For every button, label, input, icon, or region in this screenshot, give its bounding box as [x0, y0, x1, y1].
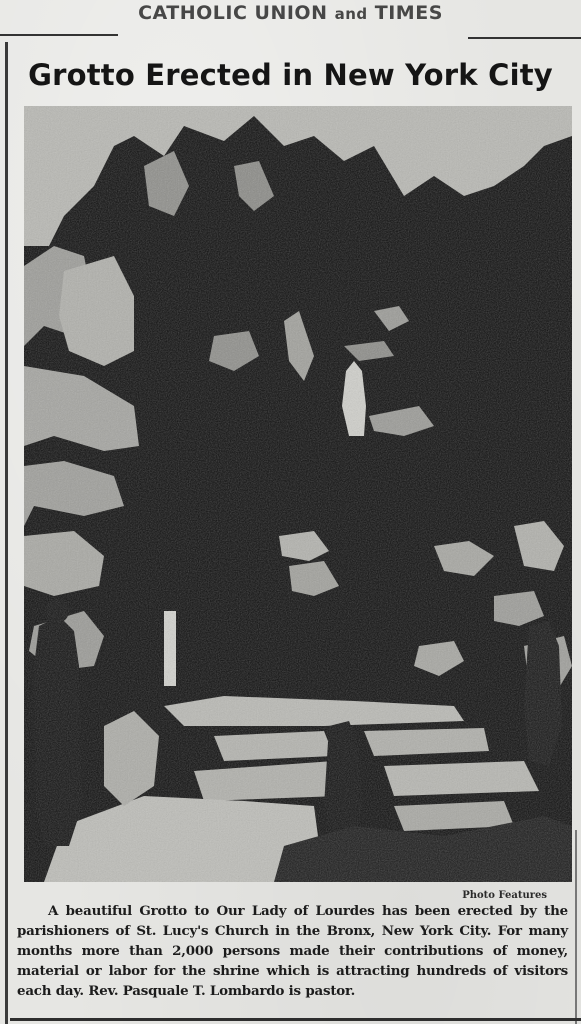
right-column-rule: [575, 830, 577, 1024]
masthead-and: and: [335, 5, 368, 23]
masthead-title: CATHOLIC UNION: [138, 2, 327, 24]
photo-caption: A beautiful Grotto to Our Lady of Lourde…: [17, 901, 568, 1001]
grotto-photo-illustration: [24, 106, 572, 882]
masthead: CATHOLIC UNION and TIMES: [0, 2, 581, 24]
top-rule-left: [0, 34, 118, 36]
headline: Grotto Erected in New York City: [0, 58, 581, 92]
top-rule-right: [468, 37, 581, 39]
grotto-photo: [24, 106, 572, 882]
bottom-rule: [10, 1018, 581, 1021]
left-column-rule: [5, 42, 8, 1024]
masthead-title-end: TIMES: [375, 2, 443, 24]
photo-credit: Photo Features: [462, 890, 547, 901]
